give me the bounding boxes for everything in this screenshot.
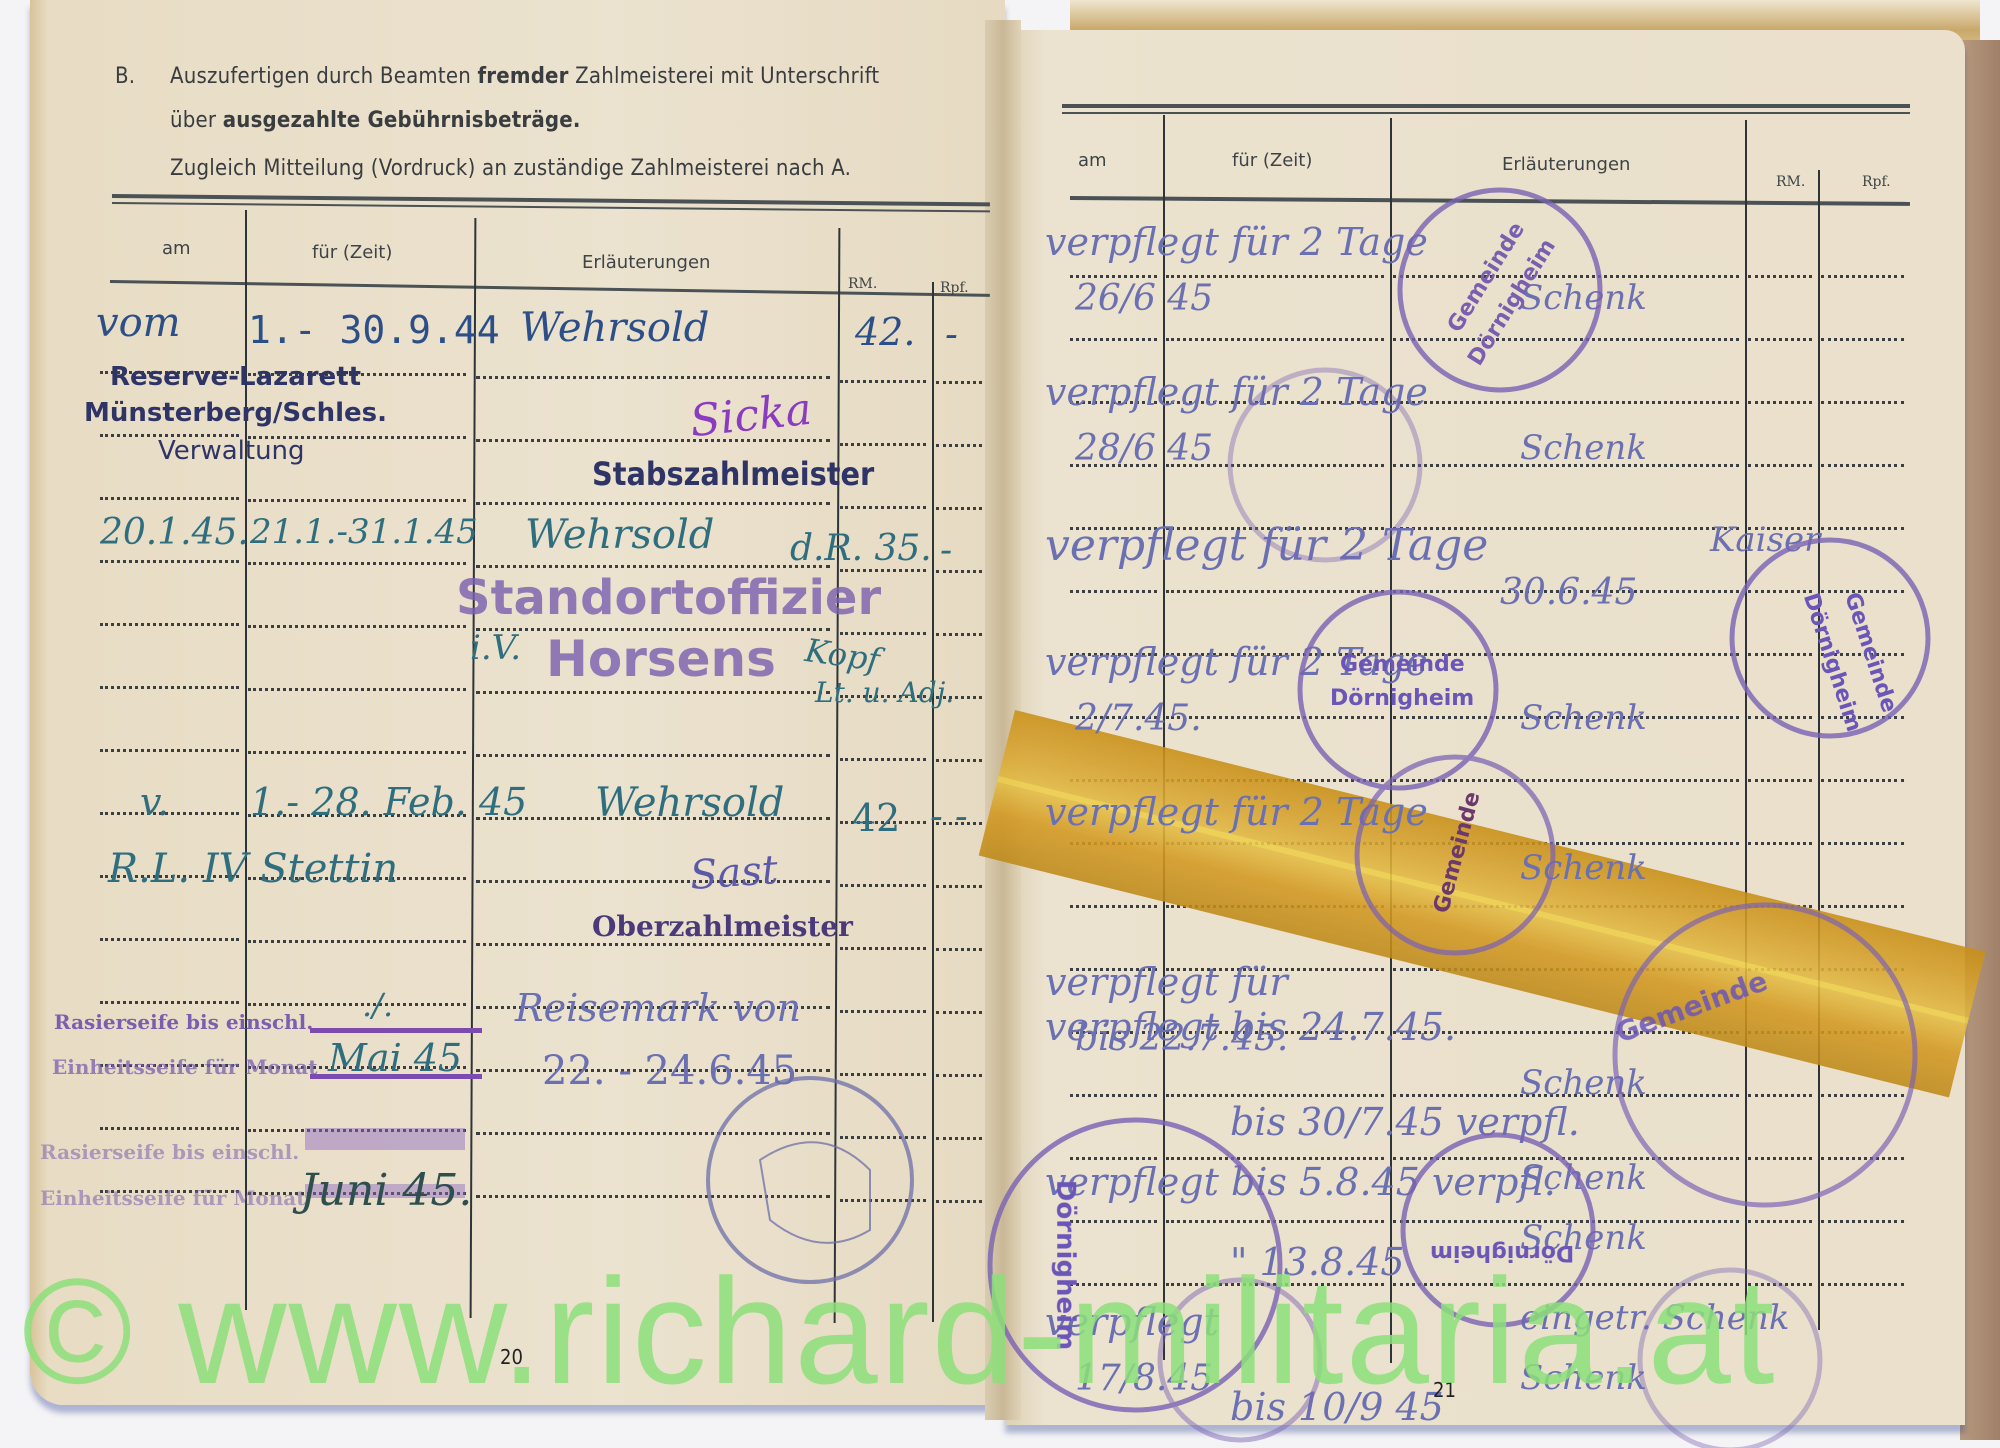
row-dotted-line bbox=[248, 499, 466, 502]
stamp-lazarett-line2: Münsterberg/Schles. bbox=[84, 398, 387, 428]
row-dotted-line bbox=[476, 439, 830, 442]
seife-month-mai: Mai 45 bbox=[328, 1036, 462, 1080]
row-dotted-line bbox=[1748, 779, 1812, 782]
row-dotted-line bbox=[100, 497, 239, 500]
col-header-rpf: Rpf. bbox=[1862, 174, 1891, 190]
entry-unit: R.L. IV Stettin bbox=[108, 846, 398, 892]
row-dotted-line bbox=[840, 884, 926, 887]
stamp-stabszahlmeister: Stabszahlmeister bbox=[592, 455, 874, 493]
row-dotted-line bbox=[1070, 905, 1157, 908]
row-dotted-line bbox=[1393, 779, 1739, 782]
entry-date: 30.6.45 bbox=[1500, 572, 1637, 613]
row-dotted-line bbox=[100, 749, 239, 752]
entry-date: 2/7.45. bbox=[1075, 698, 1202, 739]
col-header-rpf: Rpf. bbox=[940, 280, 969, 296]
copyright-watermark: © www.richard-militaria.at bbox=[22, 1245, 1777, 1418]
col-header-erlaeuterungen: Erläuterungen bbox=[582, 252, 710, 273]
row-dotted-line bbox=[1748, 1220, 1812, 1223]
row-dotted-line bbox=[476, 1195, 830, 1198]
row-dotted-line bbox=[840, 1199, 926, 1202]
row-dotted-line bbox=[1166, 1094, 1384, 1097]
row-dotted-line bbox=[936, 948, 982, 951]
row-dotted-line bbox=[1821, 338, 1904, 341]
row-dotted-line bbox=[936, 1200, 982, 1203]
entry-text: verpflegt für bbox=[1045, 960, 1288, 1004]
stamp-lazarett-line3: Verwaltung bbox=[158, 436, 305, 466]
entry-text: verpflegt für 2 Tage bbox=[1045, 520, 1488, 571]
row-dotted-line bbox=[936, 1137, 982, 1140]
reisemark-dates: 22. - 24.6.45 bbox=[542, 1048, 797, 1094]
row-dotted-line bbox=[1070, 1094, 1157, 1097]
row-dotted-line bbox=[476, 502, 830, 505]
row-dotted-line bbox=[476, 691, 830, 694]
entry-text: verpflegt für 2 Tage bbox=[1045, 220, 1428, 264]
row-dotted-line bbox=[1748, 716, 1812, 719]
instruction-line-1: Auszufertigen durch Beamten fremder Zahl… bbox=[170, 64, 879, 89]
row-dotted-line bbox=[1821, 1157, 1904, 1160]
row-dotted-line bbox=[1748, 401, 1812, 404]
row-dotted-line bbox=[476, 565, 830, 568]
entry-signature: Schenk bbox=[1520, 428, 1647, 468]
col-header-fuer-zeit: für (Zeit) bbox=[312, 242, 392, 263]
entry-fuer-zeit: 1.- 30.9.44 bbox=[248, 308, 500, 352]
row-dotted-line bbox=[476, 754, 830, 757]
row-dotted-line bbox=[840, 758, 926, 761]
row-dotted-line bbox=[840, 506, 926, 509]
row-dotted-line bbox=[1166, 590, 1384, 593]
stamp-gemeinde-text: Gemeinde bbox=[1340, 652, 1465, 677]
col-header-erlaeuterungen: Erläuterungen bbox=[1502, 154, 1630, 175]
stamp-lazarett-line1: Reserve-Lazarett bbox=[110, 362, 361, 392]
entry-fuer-zeit: 1.- 28. Feb. 45 bbox=[250, 780, 527, 824]
instruction-line-2: über ausgezahlte Gebührnisbeträge. bbox=[170, 108, 581, 133]
col-header-am: am bbox=[1078, 150, 1107, 171]
entry-text: verpflegt bis 5.8.45 verpfl. bbox=[1045, 1160, 1556, 1204]
col-divider bbox=[1745, 120, 1747, 1335]
row-dotted-line bbox=[1821, 401, 1904, 404]
row-dotted-line bbox=[248, 688, 466, 691]
stamp-standortoffizier: Standortoffizier bbox=[456, 570, 881, 626]
entry-text: verpflegt für 2 Tage bbox=[1045, 790, 1428, 834]
row-dotted-line bbox=[100, 1127, 239, 1130]
row-dotted-line bbox=[476, 376, 830, 379]
row-dotted-line bbox=[840, 1010, 926, 1013]
stamp-seife-bar bbox=[310, 1028, 482, 1033]
entry-am: vom bbox=[96, 300, 181, 346]
row-dotted-line bbox=[1393, 338, 1739, 341]
table-top-rule bbox=[1062, 104, 1910, 108]
entry-rpf: - bbox=[945, 312, 958, 356]
row-dotted-line bbox=[840, 443, 926, 446]
row-dotted-line bbox=[936, 1011, 982, 1014]
stamp-seife2-bar bbox=[305, 1128, 465, 1150]
col-header-fuer-zeit: für (Zeit) bbox=[1232, 150, 1312, 171]
row-dotted-line bbox=[1821, 275, 1904, 278]
entry-rm: 42 bbox=[852, 796, 900, 840]
row-dotted-line bbox=[936, 885, 982, 888]
row-dotted-line bbox=[248, 625, 466, 628]
signature-sast: Sast bbox=[689, 847, 780, 899]
row-dotted-line bbox=[100, 560, 239, 563]
booklet-cover-edge bbox=[1960, 40, 2000, 1440]
row-dotted-line bbox=[936, 444, 982, 447]
row-dotted-line bbox=[1821, 905, 1904, 908]
stamp-oberzahlmeister: Oberzahlmeister bbox=[592, 910, 853, 943]
row-dotted-line bbox=[936, 633, 982, 636]
col-header-am: am bbox=[162, 238, 191, 259]
entry-fuer-zeit: 21.1.-31.1.45 bbox=[250, 512, 478, 552]
stamp-seife2-line1: Rasierseife bis einschl. bbox=[40, 1140, 299, 1164]
row-dotted-line bbox=[840, 632, 926, 635]
entry-signature: Schenk bbox=[1520, 278, 1647, 318]
row-dotted-line bbox=[936, 381, 982, 384]
seife-month-juni: Juni 45. bbox=[300, 1165, 472, 1216]
row-dotted-line bbox=[1821, 779, 1904, 782]
row-dotted-line bbox=[1166, 1220, 1384, 1223]
row-dotted-line bbox=[248, 562, 466, 565]
entry-text: verpflegt bis 24.7.45. bbox=[1045, 1005, 1456, 1049]
row-dotted-line bbox=[100, 812, 239, 815]
row-dotted-line bbox=[100, 1001, 239, 1004]
entry-am: v. bbox=[140, 780, 169, 824]
row-dotted-line bbox=[1393, 401, 1739, 404]
row-dotted-line bbox=[1166, 338, 1384, 341]
row-dotted-line bbox=[100, 623, 239, 626]
row-dotted-line bbox=[1748, 275, 1812, 278]
row-dotted-line bbox=[1748, 653, 1812, 656]
instruction-line-3: Zugleich Mitteilung (Vordruck) an zustän… bbox=[170, 156, 851, 181]
row-dotted-line bbox=[248, 940, 466, 943]
mark-dash: ./. bbox=[362, 986, 393, 1024]
entry-signature: Schenk bbox=[1520, 1063, 1647, 1103]
section-letter: B. bbox=[115, 64, 135, 89]
table-top-rule-thin bbox=[1062, 112, 1910, 114]
col-divider bbox=[1818, 170, 1820, 1330]
row-dotted-line bbox=[1748, 464, 1812, 467]
entry-text: bis 30/7.45 verpfl. bbox=[1230, 1100, 1580, 1144]
entry-erlaeuterung: Wehrsold bbox=[525, 512, 714, 558]
row-dotted-line bbox=[840, 1136, 926, 1139]
col-header-rm: RM. bbox=[1776, 174, 1805, 190]
entry-date: 26/6 45 bbox=[1075, 278, 1213, 319]
entry-text: verpflegt für 2 Tage bbox=[1045, 370, 1428, 414]
row-dotted-line bbox=[476, 1132, 830, 1135]
stamp-seife-line2: Einheitsseife für Monat bbox=[52, 1055, 317, 1079]
stamp-doernigheim-text: Dörnigheim bbox=[1330, 686, 1474, 711]
row-dotted-line bbox=[936, 759, 982, 762]
col-header-rm: RM. bbox=[848, 276, 877, 292]
entry-rpf: - bbox=[940, 530, 952, 571]
entry-erlaeuterung: Wehrsold bbox=[520, 305, 709, 351]
stamp-horsens: Horsens bbox=[546, 630, 776, 688]
row-dotted-line bbox=[1748, 590, 1812, 593]
entry-rm: d.R. 35. bbox=[790, 528, 932, 569]
row-dotted-line bbox=[1070, 338, 1157, 341]
row-dotted-line bbox=[1821, 1220, 1904, 1223]
entry-signature: Schenk bbox=[1520, 848, 1647, 888]
row-dotted-line bbox=[1821, 527, 1904, 530]
row-dotted-line bbox=[476, 943, 830, 946]
row-dotted-line bbox=[248, 1003, 466, 1006]
row-dotted-line bbox=[1821, 464, 1904, 467]
entry-am: 20.1.45. bbox=[100, 512, 249, 553]
row-dotted-line bbox=[1821, 842, 1904, 845]
row-dotted-line bbox=[248, 751, 466, 754]
row-dotted-line bbox=[840, 947, 926, 950]
row-dotted-line bbox=[936, 507, 982, 510]
row-dotted-line bbox=[1748, 1157, 1812, 1160]
row-dotted-line bbox=[100, 686, 239, 689]
stamp-seife-line1: Rasierseife bis einschl. bbox=[54, 1010, 313, 1034]
row-dotted-line bbox=[1821, 1283, 1904, 1286]
entry-signature: Kaiser bbox=[1710, 520, 1820, 560]
row-dotted-line bbox=[840, 380, 926, 383]
entry-rm: 42. bbox=[855, 310, 915, 354]
reisemark-text: Reisemark von bbox=[515, 986, 801, 1030]
row-dotted-line bbox=[936, 1074, 982, 1077]
stamp-seife2-line2: Einheitsseife für Monat bbox=[40, 1186, 305, 1210]
row-dotted-line bbox=[1070, 1220, 1157, 1223]
row-dotted-line bbox=[1070, 590, 1157, 593]
row-dotted-line bbox=[1748, 338, 1812, 341]
row-dotted-line bbox=[1748, 842, 1812, 845]
entry-rpf: - - bbox=[930, 794, 968, 838]
signature-rank: Lt. u. Adj. bbox=[815, 676, 954, 709]
row-dotted-line bbox=[1748, 1094, 1812, 1097]
row-dotted-line bbox=[100, 938, 239, 941]
row-dotted-line bbox=[1821, 1094, 1904, 1097]
row-dotted-line bbox=[840, 1073, 926, 1076]
entry-erlaeuterung: Wehrsold bbox=[595, 780, 784, 826]
handwritten-iv: i.V. bbox=[470, 628, 521, 668]
entry-date: 28/6 45 bbox=[1075, 428, 1213, 469]
entry-signature: Schenk bbox=[1520, 698, 1647, 738]
